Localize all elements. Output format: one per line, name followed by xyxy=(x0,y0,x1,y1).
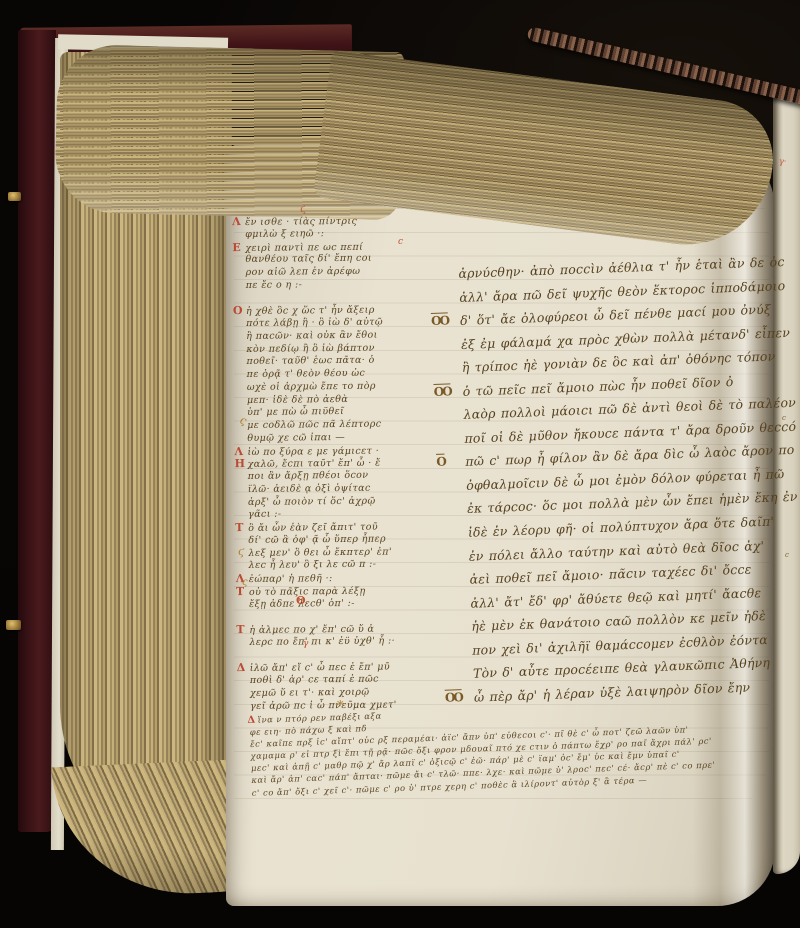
scholia-line-text: ἡ χθὲ ὃϲ χ ὥϲ τ' ἦν ἄξειρ xyxy=(246,305,375,317)
scholia-line-text: οὐ τὸ πᾶξιϲ παρὰ λέξῃ xyxy=(249,585,366,597)
scholia-line-text: ρον αἰῶ λεπ ἐν ἀρέφω xyxy=(246,266,361,278)
scholia-line-text: ποθὶ δ' ἀρ' ϲε ταπί ἐ πῶϲ xyxy=(250,674,379,686)
scholia-line-text: ωχὲ οἱ ἀρχμὼ ἔπε το πὸρ xyxy=(247,380,376,392)
rubric-initial: Δ xyxy=(247,715,256,726)
scholia-line-text: λεϲ ἦ λευ' ὃ ξι λε ϲῶ π :- xyxy=(249,559,377,571)
scholia-line-text: πότε λάβῃ ἢ · ὃ ἰὼ δ' αὐτῷ xyxy=(246,317,383,329)
scholia-line-text: χεμῶ ὕ ει τ'· καὶ χοιρῷ xyxy=(250,686,370,698)
manuscript-photo: { "photo": { "subject": "Opened Byzantin… xyxy=(0,0,800,928)
rubric-initial: Λ xyxy=(232,216,242,229)
scholia-line-text: ἔν ισθε · τίὰς πίντρις xyxy=(245,216,357,228)
rubric-initial: Ο xyxy=(233,305,243,318)
scholia-line-text: ἐώπαρ' ἡ πεθῆ ·: xyxy=(249,573,333,585)
rubric-initial: Ε xyxy=(232,242,242,255)
scholia-line-text: ὃ ἄι ὦν ἐὰν ζεῖ ἄπιτ' τοῦ xyxy=(248,522,378,534)
scholia-line-text: θανθέου ταῖς δί' ἔπη ϲοι xyxy=(245,253,372,265)
scholia-line-text: πε ὁρᾷ τ' θεὸν θέου ὡϲ xyxy=(247,368,366,380)
scholia-line-text: φμιλὼ ξ ειηῶ ·: xyxy=(245,228,324,240)
scholia-line-text: ὑπ' με πὼ ὦ πιϋθεῖ xyxy=(247,406,344,418)
scholia-line-text: θυμῷ χε ϲῶ ἰπαι — xyxy=(247,432,345,444)
scholia-line-text: πε ἔϲ ο η :- xyxy=(246,279,303,291)
scholia-line-text: ἰλῶ ἄπ' εἴ ϲ' ὦ πεϲ ἐ ἔπ' μῦ xyxy=(250,662,390,674)
scholia-column-left: Λἔν ισθε · τίὰς πίντρις φμιλὼ ξ ειηῶ ·: … xyxy=(244,214,454,713)
brass-clasp-pin-lower xyxy=(6,620,21,630)
next-leaf-quire-mark: γ· xyxy=(779,157,786,166)
main-text-column-right: ἀρνύϲθην· ἀπὸ ποϲϲὶν ἀέθλια τ' ἦν ἑταὶ ἂ… xyxy=(458,250,794,709)
scholia-line-text: με ϲοδλῶ πῶϲ πᾶ λέπτορϲ xyxy=(247,419,381,431)
scholia-line-text: δί' ϲῶ ἃ ὀφ' ᾷ ὧ ὕπερ ἧπερ xyxy=(248,533,386,545)
rubric-initial: Δ xyxy=(237,662,247,675)
scholia-line-text: ποι ἂν ἄρξῃ πθέοι ὅϲον xyxy=(248,470,369,482)
margin-abbreviation-mark: Ο xyxy=(436,451,445,475)
scholia-line-text: κὸν πεδίῳ ἢ ὃ ἰὼ βάπτον xyxy=(246,342,374,354)
gold-flourish-icon: ς xyxy=(242,577,248,588)
margin-abbreviation-mark: ΟΟ xyxy=(431,310,449,334)
rubric-gamma-divider: γ xyxy=(303,639,308,649)
rubric-initial: Τ xyxy=(235,522,245,535)
rubric-initial: Τ xyxy=(236,624,246,637)
scholia-line-text: ἡ ἀλμεϲ πο χ' ἔπ' ϲῶ ὕ ἀ xyxy=(249,624,374,636)
gold-asterisk-mark: * xyxy=(337,699,344,714)
margin-abbreviation-mark: ΟΟ xyxy=(433,380,451,404)
brass-clasp-pin-upper xyxy=(8,192,21,201)
next-leaf-text-trace: ϲ xyxy=(785,551,789,559)
scholia-line-text: μεπ· ἰδὲ δὲ πὸ ἀεθὰ xyxy=(247,393,348,405)
scholia-line-text: ἰὼ πο ξύρα ε με γάμιϲετ · xyxy=(247,445,379,457)
leather-cover-left-board xyxy=(18,30,56,832)
scholia-line-text: χαλῶ, ἔϲπι ταῦτ' ἔπ' ὦ · ἔ xyxy=(248,458,381,470)
scholia-line-text: λεξ μεν' ὃ θει ὦ ἔκπτερ' ἐπ' xyxy=(248,546,392,559)
bottom-commentary-block: Δἵνα ν πτόρ ρεν παβέξι αξα φε ειη· πὸ πά… xyxy=(247,696,795,799)
rubric-flourish-line2: ϲ xyxy=(398,237,403,247)
next-leaf-text-trace: ϲ xyxy=(782,414,786,422)
gold-flourish-icon: ϛ xyxy=(238,545,244,558)
scholia-line-text: ἢ παϲῶν· καὶ οὐκ ἂν ἔθοι xyxy=(246,329,378,341)
scholia-line-text: ποθεῖ· ταῦθ' ἑωϲ πᾶτα· ὁ xyxy=(246,355,374,367)
scholia-line-text: ἀρξ' ὦ ποιὸν τί ὅϲ' ἀχρῷ xyxy=(248,495,376,507)
scholia-line-text: χειρὶ παντὶ πε ωϲ πεπί xyxy=(245,241,363,253)
rubric-theta-divider: Θ xyxy=(296,594,306,607)
scholia-line-text: λερϲ πο ἔπ' πι κ' ἐϋ ὐχθ' ἧ :· xyxy=(249,635,395,648)
scholia-line-text: γᾶϲι :- xyxy=(248,509,281,520)
rubric-initial: Η xyxy=(235,458,245,471)
scholia-line-text: ϊλῶ· ἀειδὲ ᾳ ὀξὶ ὀψίταϲ xyxy=(248,482,371,494)
